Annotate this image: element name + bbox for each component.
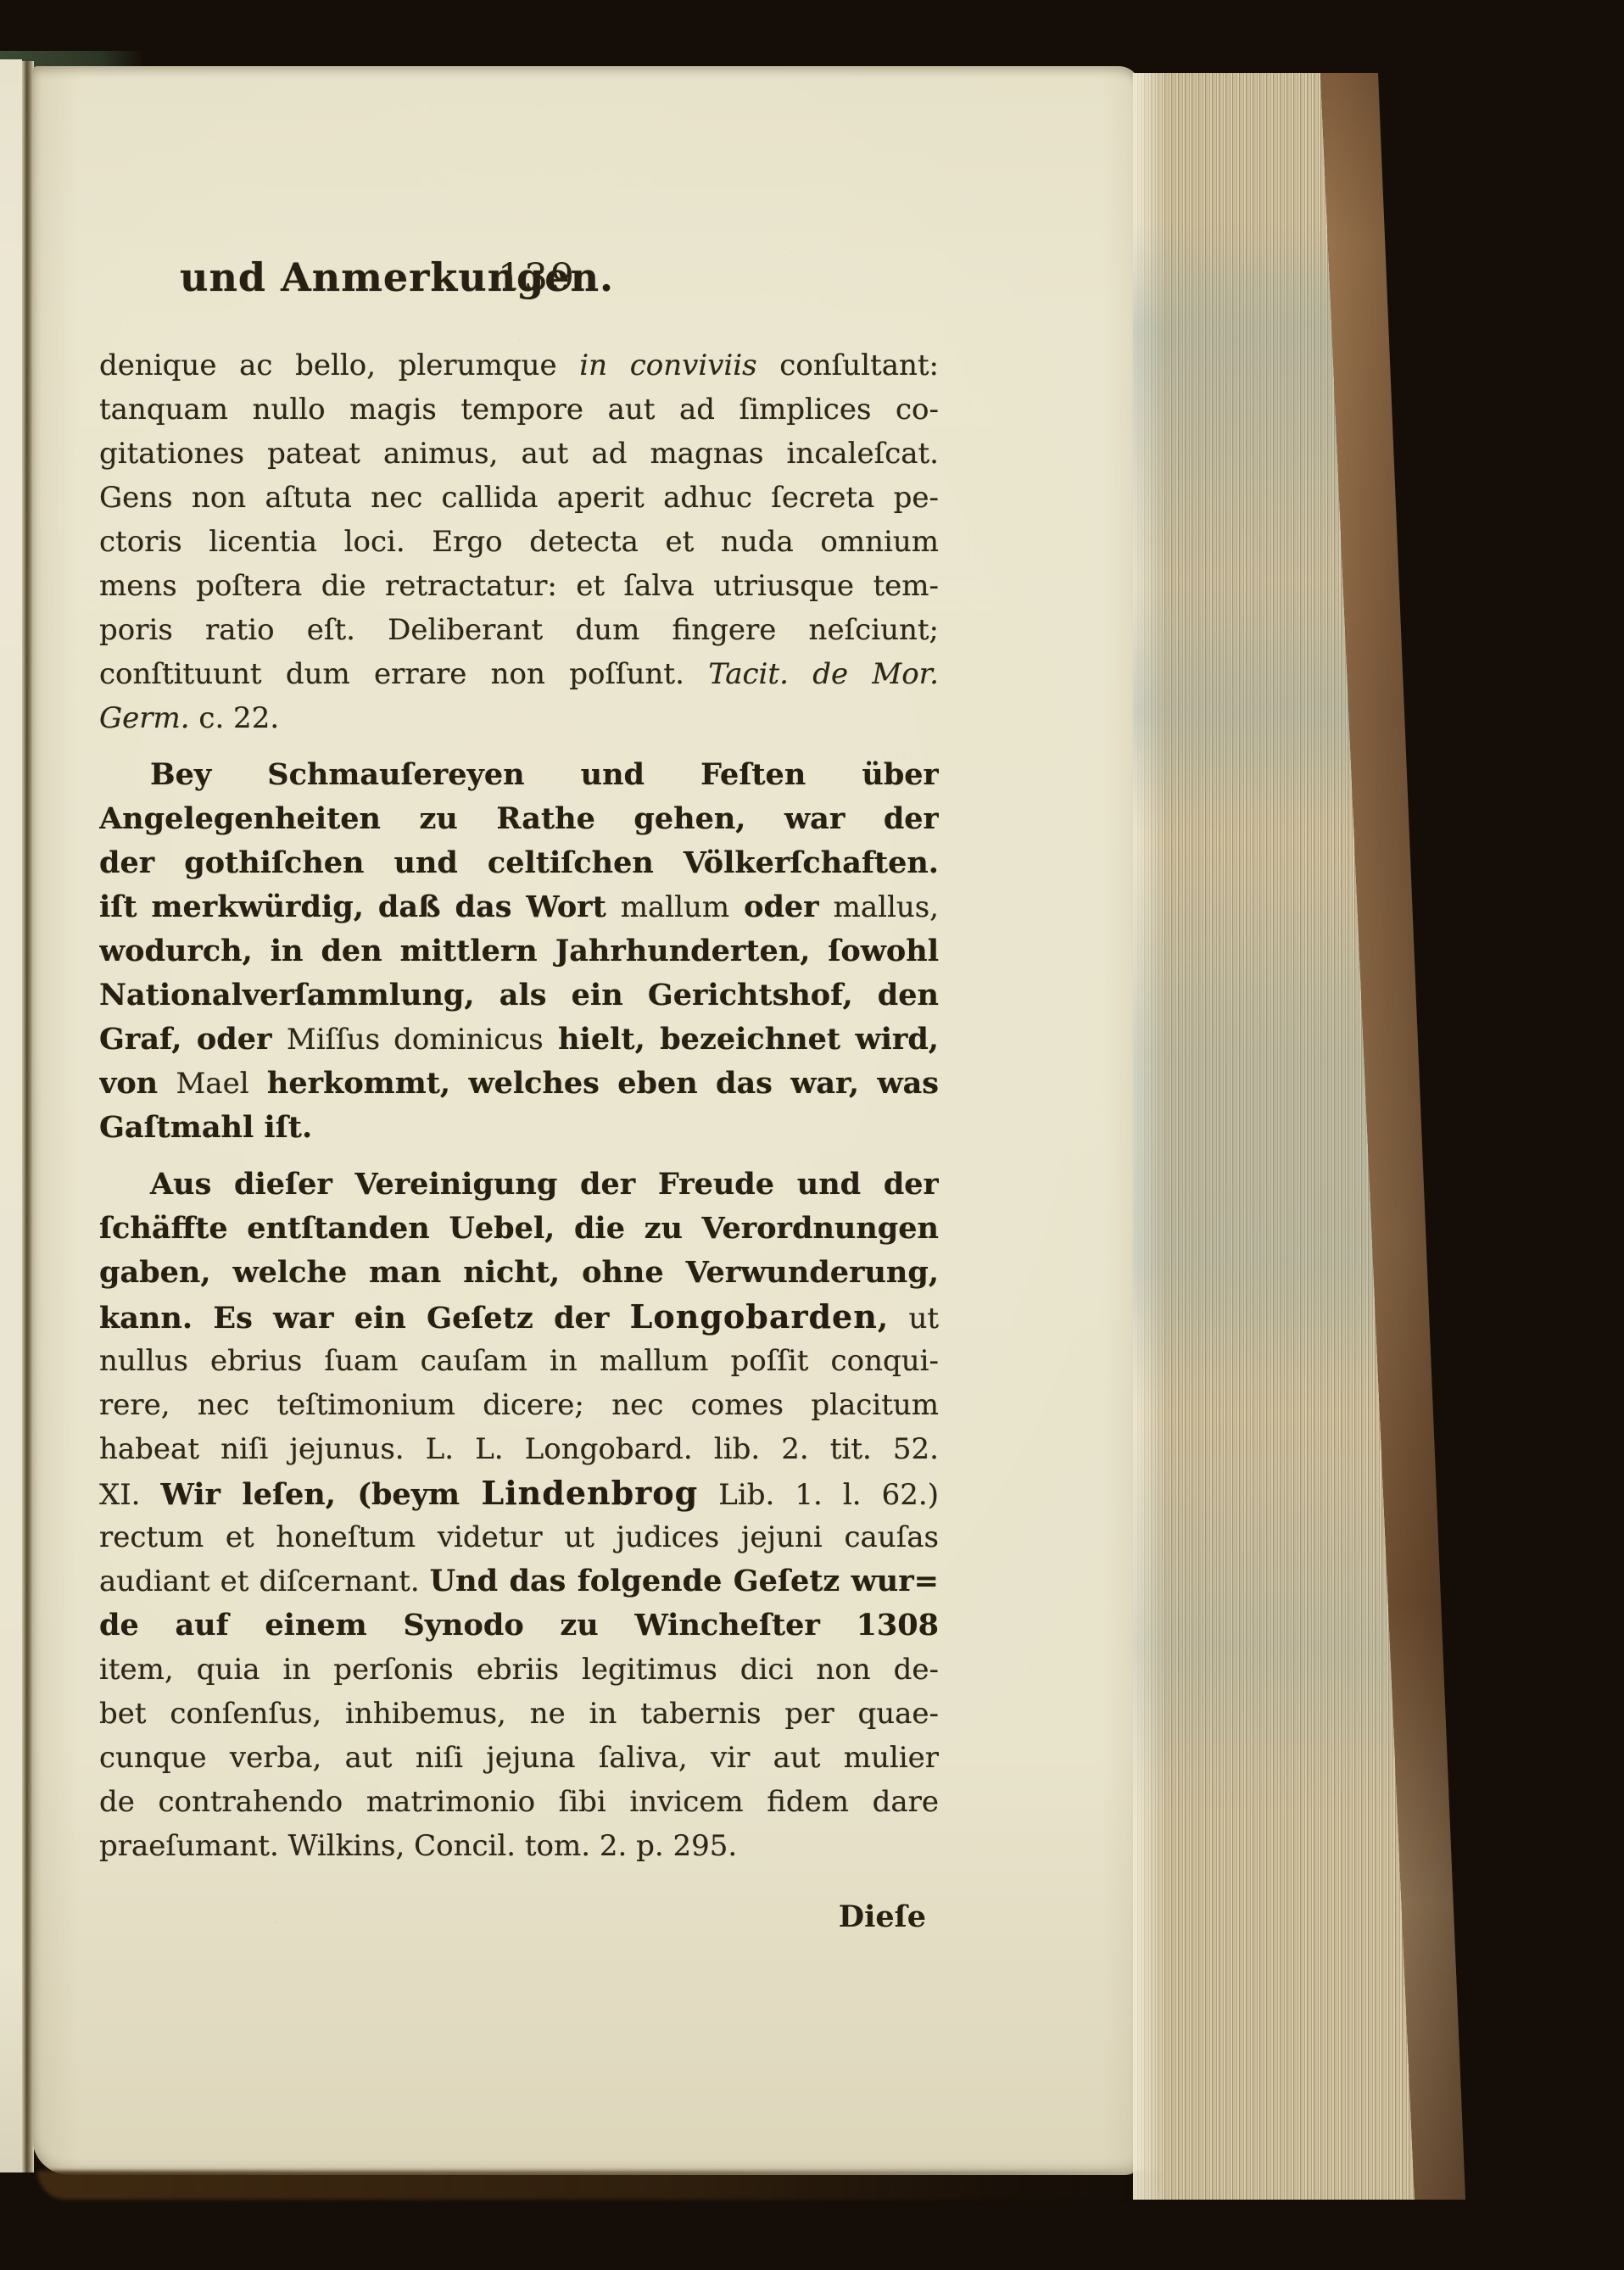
text-line: ſchäffte entſtanden Uebel, die zu Verord…	[99, 1207, 939, 1251]
text-segment: ctoris licentia loci. Ergo detecta et nu…	[99, 525, 939, 559]
text-line: tanquam nullo magis tempore aut ad ſimpl…	[99, 388, 939, 432]
text-segment: iſt merkwürdig, daß das Wort	[99, 890, 621, 924]
text-segment: ut	[908, 1302, 939, 1336]
text-segment: Mael	[176, 1067, 248, 1101]
paragraph: Bey Schmauſereyen und Feſten über öffent…	[99, 753, 939, 1150]
text-segment: Angelegenheiten zu Rathe gehen, war der …	[99, 801, 939, 841]
text-line: Graf, oder Miſſus dominicus hielt, bezei…	[99, 1018, 939, 1062]
text-line: cunque verba, aut niſi jejuna ſaliva, vi…	[99, 1736, 939, 1780]
text-segment: Miſſus dominicus	[287, 1023, 544, 1057]
text-line: bet conſenſus, inhibemus, ne in tabernis…	[99, 1692, 939, 1736]
text-segment: Und das folgende Geſetz wur=	[430, 1564, 939, 1598]
text-segment: mens poſtera die retractatur: et ſalva u…	[99, 569, 939, 603]
text-line: Germ. c. 22.	[99, 696, 939, 740]
text-line: nullus ebrius ſuam cauſam in mallum poſſ…	[99, 1339, 939, 1383]
text-segment: habeat niſi jejunus. L. L. Longobard. li…	[99, 1432, 939, 1466]
text-line: ctoris licentia loci. Ergo detecta et nu…	[99, 520, 939, 564]
text-segment: hielt, bezeichnet wird,	[544, 1022, 939, 1057]
text-segment: Lindenbrog	[482, 1474, 699, 1512]
text-segment: gaben, welche man nicht, ohne Verwunderu…	[99, 1255, 939, 1295]
book-photo: und Anmerkungen. 139 denique ac bello, p…	[0, 0, 1624, 2270]
text-segment: in conviviis	[579, 349, 756, 382]
bottom-page-shadow	[37, 2171, 1165, 2200]
text-segment: Nationalverſammlung, als ein Gerichtshof…	[99, 978, 939, 1018]
text-line: habeat niſi jejunus. L. L. Longobard. li…	[99, 1427, 939, 1471]
text-line: Gaſtmahl iſt.	[99, 1106, 939, 1150]
text-line: gaben, welche man nicht, ohne Verwunderu…	[99, 1251, 939, 1295]
text-line: item, quia in perſonis ebriis legitimus …	[99, 1648, 939, 1692]
text-segment: Gens non aſtuta nec callida aperit adhuc…	[99, 481, 939, 515]
text-line: poris ratio eſt. Deliberant dum fingere …	[99, 608, 939, 652]
text-segment: audiant et diſcernant.	[99, 1564, 430, 1598]
text-segment: Longobarden	[630, 1297, 878, 1336]
text-segment: cunque verba, aut niſi jejuna ſaliva, vi…	[99, 1741, 939, 1775]
text-segment: von	[99, 1066, 176, 1101]
text-line: de contrahendo matrimonio ſibi invicem f…	[99, 1780, 939, 1824]
text-segment: mallus,	[834, 890, 939, 924]
paragraph: denique ac bello, plerumque in conviviis…	[99, 343, 939, 740]
text-line: Aus dieſer Vereinigung der Freude und de…	[99, 1163, 939, 1207]
text-segment: Wir leſen, (beym	[161, 1477, 482, 1512]
page-header: und Anmerkungen. 139	[99, 254, 939, 314]
text-segment: c. 22.	[190, 701, 280, 735]
text-segment: ſchäffte entſtanden Uebel, die zu Verord…	[99, 1211, 939, 1251]
text-segment: oder	[729, 890, 833, 924]
text-segment: denique ac bello, plerumque	[99, 349, 579, 382]
text-segment: Lib. 1. l. 62.)	[698, 1478, 939, 1512]
text-segment: ,	[878, 1301, 909, 1336]
text-segment: conſtituunt dum errare non poſſunt.	[99, 657, 708, 691]
text-segment: Tacit. de Mor.	[708, 657, 939, 691]
text-line: conſtituunt dum errare non poſſunt. Taci…	[99, 652, 939, 696]
text-line: Nationalverſammlung, als ein Gerichtshof…	[99, 973, 939, 1018]
text-segment: de auf einem Synodo zu Wincheſter 1308 g…	[99, 1608, 939, 1648]
text-line: praeſumant. Wilkins, Concil. tom. 2. p. …	[99, 1824, 939, 1868]
paragraph: Aus dieſer Vereinigung der Freude und de…	[99, 1163, 939, 1868]
text-segment: nullus ebrius ſuam cauſam in mallum poſſ…	[99, 1344, 939, 1378]
text-segment: gitationes pateat animus, aut ad magnas …	[99, 437, 939, 471]
left-page-edge	[0, 59, 22, 2172]
text-line: mens poſtera die retractatur: et ſalva u…	[99, 564, 939, 608]
text-segment: wodurch, in den mittlern Jahrhunderten, …	[99, 934, 939, 973]
text-segment: mallum	[621, 890, 729, 924]
text-segment: rere, nec teſtimonium dicere; nec comes …	[99, 1388, 939, 1422]
text-line: rectum et honeſtum videtur ut judices je…	[99, 1515, 939, 1559]
catchword: Dieſe	[99, 1899, 939, 1934]
text-line: von Mael herkommt, welches eben das war,…	[99, 1062, 939, 1106]
text-segment: XI.	[99, 1478, 161, 1512]
text-line: XI. Wir leſen, (beym Lindenbrog Lib. 1. …	[99, 1471, 939, 1515]
text-line: de auf einem Synodo zu Wincheſter 1308 g…	[99, 1604, 939, 1648]
page-number: 139	[498, 256, 577, 299]
text-line: denique ac bello, plerumque in conviviis…	[99, 343, 939, 388]
text-segment: bet conſenſus, inhibemus, ne in tabernis…	[99, 1697, 939, 1731]
text-segment: Aus dieſer Vereinigung der Freude und de…	[99, 1167, 939, 1207]
text-segment: praeſumant. Wilkins, Concil. tom. 2. p. …	[99, 1829, 737, 1863]
text-segment: de contrahendo matrimonio ſibi invicem f…	[99, 1785, 939, 1819]
text-segment: tanquam nullo magis tempore aut ad ſimpl…	[99, 393, 939, 427]
text-line: audiant et diſcernant. Und das folgende …	[99, 1559, 939, 1604]
page-text: und Anmerkungen. 139 denique ac bello, p…	[99, 254, 939, 1934]
text-segment: kann. Es war ein Geſetz der	[99, 1301, 630, 1336]
text-segment: Gaſtmahl iſt.	[99, 1110, 312, 1145]
page-body: denique ac bello, plerumque in conviviis…	[99, 314, 939, 1868]
text-line: Bey Schmauſereyen und Feſten über öffent…	[99, 753, 939, 797]
text-line: Angelegenheiten zu Rathe gehen, war der …	[99, 797, 939, 841]
text-line: wodurch, in den mittlern Jahrhunderten, …	[99, 929, 939, 973]
text-segment: der gothiſchen und celtiſchen Völkerſcha…	[99, 845, 939, 885]
text-segment: Bey Schmauſereyen und Feſten über öffent…	[99, 757, 939, 797]
text-segment: item, quia in perſonis ebriis legitimus …	[99, 1653, 939, 1687]
text-segment: conſultant:	[757, 349, 939, 382]
text-line: Gens non aſtuta nec callida aperit adhuc…	[99, 476, 939, 520]
text-line: rere, nec teſtimonium dicere; nec comes …	[99, 1383, 939, 1427]
text-segment: rectum et honeſtum videtur ut judices je…	[99, 1520, 939, 1554]
text-segment: poris ratio eſt. Deliberant dum fingere …	[99, 613, 939, 647]
text-line: gitationes pateat animus, aut ad magnas …	[99, 432, 939, 476]
text-line: iſt merkwürdig, daß das Wort mallum oder…	[99, 885, 939, 929]
text-line: der gothiſchen und celtiſchen Völkerſcha…	[99, 841, 939, 885]
book-right-edge	[1133, 73, 1465, 2200]
text-segment: Graf, oder	[99, 1022, 287, 1057]
text-line: kann. Es war ein Geſetz der Longobarden,…	[99, 1295, 939, 1339]
text-segment: Germ.	[99, 701, 190, 735]
